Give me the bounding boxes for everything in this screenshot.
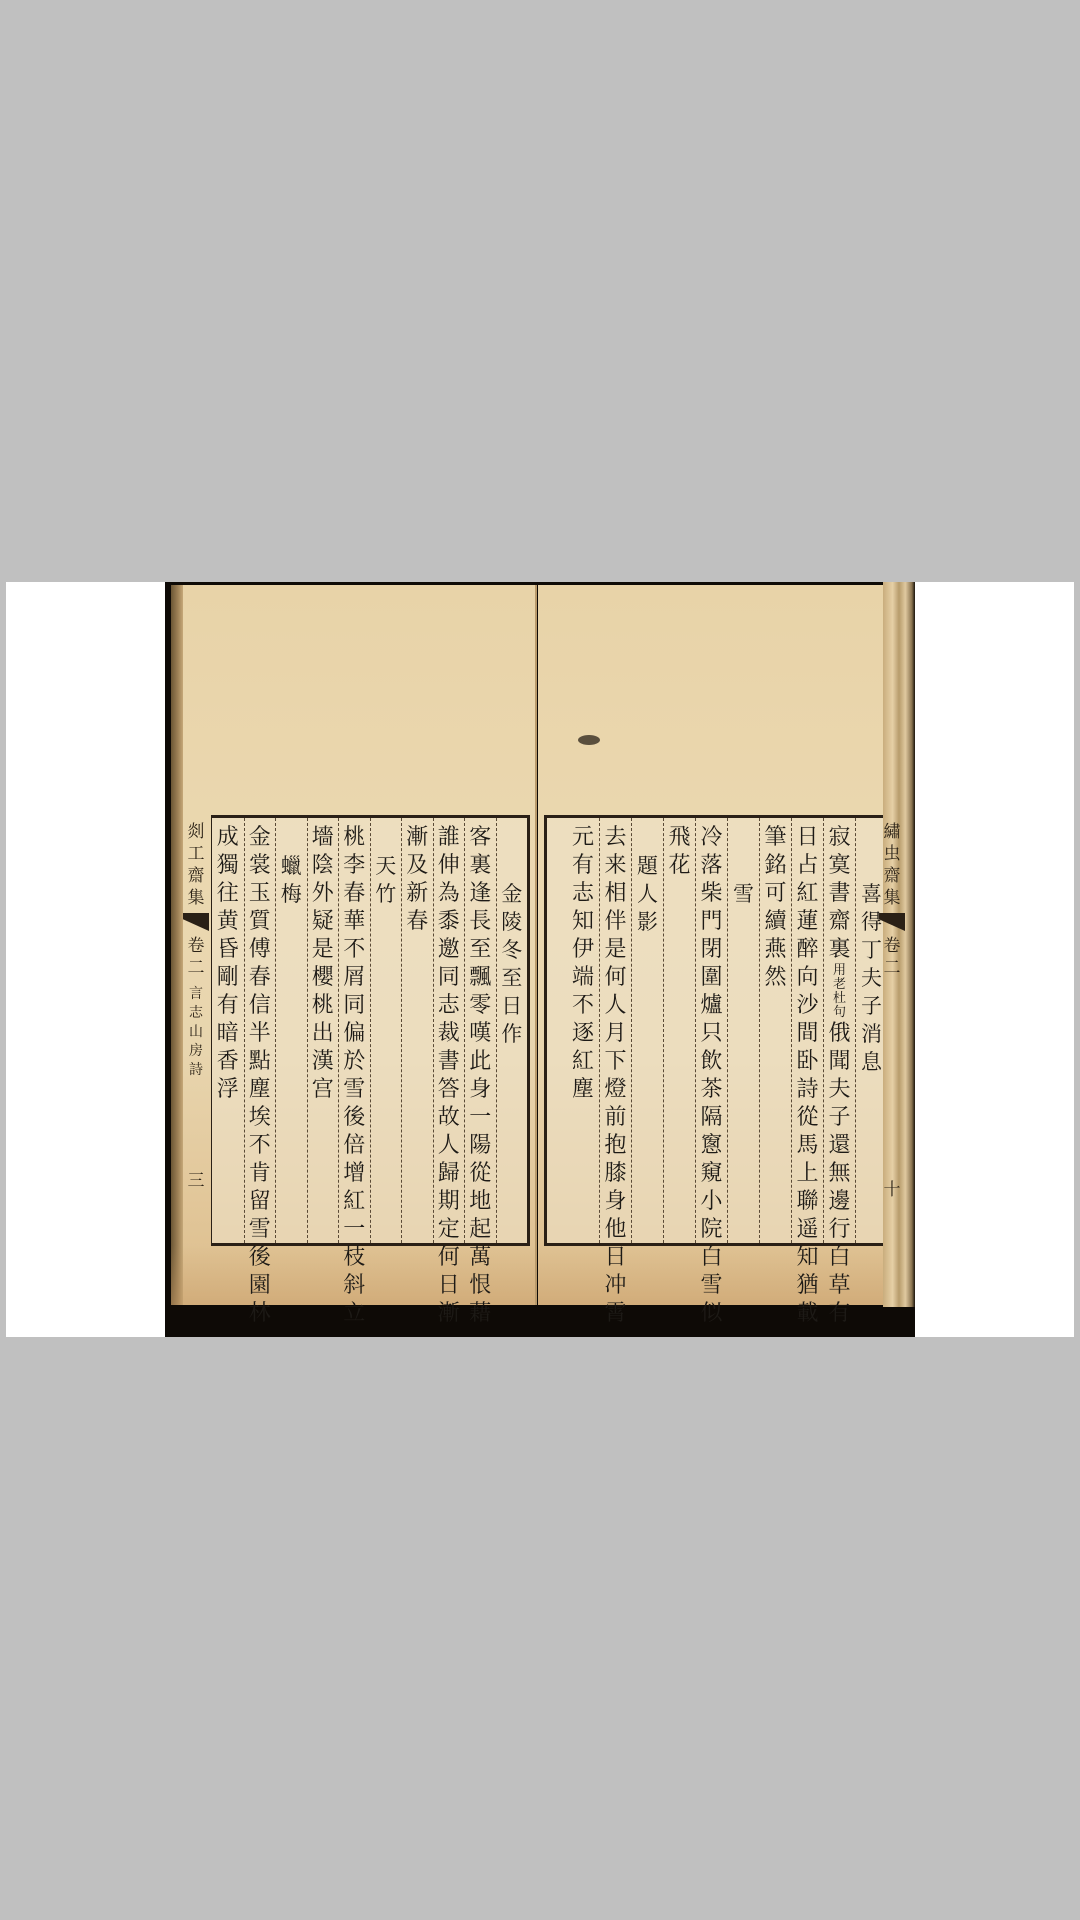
text-character: 有 — [828, 1300, 850, 1328]
text-column: 客裏逢長至飄零嘆此身一陽從地起萬恨藉 — [464, 818, 496, 1243]
text-character: 及 — [406, 852, 428, 880]
text-character: 載 — [796, 1300, 818, 1328]
text-character: 玉 — [249, 880, 271, 908]
text-character: 影 — [637, 908, 658, 936]
text-character: 題 — [637, 852, 658, 880]
text-character: 馬 — [796, 1132, 818, 1160]
text-character: 窻 — [700, 1132, 722, 1160]
right-margin-label: 繡虫齋集 卷二 十 — [877, 815, 907, 1240]
text-character: 霄 — [604, 1300, 626, 1328]
text-character: 下 — [604, 1048, 626, 1076]
text-character: 黍 — [438, 908, 460, 936]
text-character: 是 — [312, 936, 334, 964]
text-column: 飛花 — [663, 818, 695, 1243]
text-character: 雪 — [343, 1076, 365, 1104]
text-character: 至 — [469, 936, 491, 964]
text-character: 李 — [343, 852, 365, 880]
text-character: 埃 — [249, 1104, 271, 1132]
ink-blot — [578, 735, 600, 745]
fish-tail-mark-icon — [183, 913, 209, 931]
text-column: 誰伸為黍邀同志裁書答故人歸期定何日漸 — [433, 818, 465, 1243]
margin-character: 集 — [188, 887, 205, 909]
margin-character: 虫 — [884, 843, 901, 865]
text-character: 白 — [828, 1244, 850, 1272]
text-character: 蓮 — [796, 908, 818, 936]
text-character: 裳 — [249, 852, 271, 880]
text-character: 起 — [469, 1216, 491, 1244]
poem-title-column: 題人影 — [631, 818, 663, 1243]
text-column: 成獨往黄昏剛有暗香浮 — [212, 818, 243, 1243]
text-character: 然 — [764, 964, 786, 992]
text-column: 墻陰外疑是櫻桃出漢宫 — [307, 818, 339, 1243]
text-character: 茶 — [700, 1076, 722, 1104]
text-character: 歸 — [438, 1160, 460, 1188]
text-character: 有 — [217, 992, 239, 1020]
text-character: 春 — [406, 908, 428, 936]
text-character: 成 — [217, 824, 239, 852]
text-character: 燕 — [764, 936, 786, 964]
text-character: 書 — [438, 1048, 460, 1076]
text-character: 飄 — [469, 964, 491, 992]
text-character: 俄 — [828, 1020, 850, 1048]
text-character: 同 — [343, 992, 365, 1020]
text-character: 此 — [469, 1048, 491, 1076]
text-column: 桃李春華不屑同偏於雪後倍增紅一枝斜立 — [338, 818, 370, 1243]
margin-character: 繡 — [884, 821, 901, 843]
text-character: 似 — [700, 1300, 722, 1328]
text-character: 小 — [700, 1188, 722, 1216]
text-character: 答 — [438, 1076, 460, 1104]
text-column: 漸及新春 — [401, 818, 433, 1243]
text-character: 志 — [438, 992, 460, 1020]
text-character: 冲 — [604, 1272, 626, 1300]
left-margin-label: 剡工齋集 卷二 言志山房詩 三 — [181, 815, 211, 1240]
text-character: 紅 — [796, 880, 818, 908]
text-character: 疑 — [312, 908, 334, 936]
text-character: 志 — [572, 880, 594, 908]
text-character: 浮 — [217, 1076, 239, 1104]
text-character: 寂 — [828, 824, 850, 852]
text-character: 作 — [501, 1020, 522, 1048]
text-character: 前 — [604, 1104, 626, 1132]
text-character: 紅 — [572, 1048, 594, 1076]
text-character: 不 — [572, 992, 594, 1020]
text-character: 定 — [438, 1216, 460, 1244]
text-character: 相 — [604, 880, 626, 908]
text-column: 日占紅蓮醉向沙間卧詩從馬上聯遥知猶載 — [791, 818, 823, 1243]
text-character: 春 — [343, 880, 365, 908]
text-character: 桃 — [312, 992, 334, 1020]
text-character: 知 — [572, 908, 594, 936]
text-character: 裏 — [469, 852, 491, 880]
text-character: 伊 — [572, 936, 594, 964]
text-character: 至 — [501, 964, 522, 992]
text-character: 昏 — [217, 936, 239, 964]
text-character: 金 — [249, 824, 271, 852]
text-character: 點 — [249, 1048, 271, 1076]
text-character: 長 — [469, 908, 491, 936]
text-character: 還 — [828, 1132, 850, 1160]
text-character: 雪 — [700, 1272, 722, 1300]
text-character: 門 — [700, 908, 722, 936]
text-character: 暗 — [217, 1020, 239, 1048]
text-character: 春 — [249, 964, 271, 992]
margin-character: 志 — [189, 1004, 203, 1023]
text-character: 桃 — [343, 824, 365, 852]
text-character: 窺 — [700, 1160, 722, 1188]
margin-character: 詩 — [189, 1061, 203, 1080]
text-character: 醉 — [796, 936, 818, 964]
text-character: 飛 — [668, 824, 690, 852]
text-character: 落 — [700, 852, 722, 880]
margin-character: 二 — [884, 957, 901, 979]
text-character: 不 — [249, 1132, 271, 1160]
text-character: 藉 — [469, 1300, 491, 1328]
text-character: 恨 — [469, 1272, 491, 1300]
text-character: 草 — [828, 1272, 850, 1300]
left-page: 剡工齋集 卷二 言志山房詩 三 金陵冬至日作客裏逢長至飄零嘆此身一陽從地起萬恨藉… — [171, 585, 537, 1305]
annotation-character: 用 — [833, 964, 846, 978]
text-character: 出 — [312, 1020, 334, 1048]
text-character: 從 — [796, 1104, 818, 1132]
text-character: 信 — [249, 992, 271, 1020]
text-character: 紅 — [343, 1188, 365, 1216]
text-character: 聞 — [828, 1048, 850, 1076]
text-character: 外 — [312, 880, 334, 908]
text-character: 剛 — [217, 964, 239, 992]
text-character: 陽 — [469, 1132, 491, 1160]
text-character: 伴 — [604, 908, 626, 936]
text-character: 偏 — [343, 1020, 365, 1048]
text-character: 為 — [438, 880, 460, 908]
text-character: 沙 — [796, 992, 818, 1020]
text-character: 嘆 — [469, 1020, 491, 1048]
text-character: 白 — [700, 1244, 722, 1272]
margin-character: 剡 — [188, 821, 205, 843]
annotation-character: 老 — [833, 978, 846, 992]
text-character: 来 — [604, 852, 626, 880]
text-character: 新 — [406, 880, 428, 908]
poem-title-column: 蠟梅 — [275, 818, 307, 1243]
text-character: 同 — [438, 964, 460, 992]
text-character: 端 — [572, 964, 594, 992]
text-character: 人 — [438, 1132, 460, 1160]
margin-character: 卷 — [884, 935, 901, 957]
text-character: 上 — [796, 1160, 818, 1188]
text-character: 爐 — [700, 992, 722, 1020]
text-character: 逐 — [572, 1020, 594, 1048]
text-character: 齋 — [828, 908, 850, 936]
text-character: 他 — [604, 1216, 626, 1244]
text-character: 墻 — [312, 824, 334, 852]
text-character: 逢 — [469, 880, 491, 908]
text-character: 期 — [438, 1188, 460, 1216]
text-character: 一 — [469, 1104, 491, 1132]
left-text-frame: 金陵冬至日作客裏逢長至飄零嘆此身一陽從地起萬恨藉誰伸為黍邀同志裁書答故人歸期定何… — [211, 815, 530, 1246]
text-character: 日 — [604, 1244, 626, 1272]
text-column: 筆銘可續燕然 — [759, 818, 791, 1243]
poem-title-column: 天竹 — [370, 818, 402, 1243]
text-character: 柴 — [700, 880, 722, 908]
text-character: 客 — [469, 824, 491, 852]
page-number: 三 — [188, 1170, 205, 1192]
text-character: 漸 — [406, 824, 428, 852]
text-character: 天 — [375, 852, 396, 880]
text-character: 筆 — [764, 824, 786, 852]
text-character: 何 — [438, 1244, 460, 1272]
text-character: 林 — [249, 1300, 271, 1328]
text-character: 日 — [796, 824, 818, 852]
book-scan: 剡工齋集 卷二 言志山房詩 三 金陵冬至日作客裏逢長至飄零嘆此身一陽從地起萬恨藉… — [165, 582, 915, 1337]
text-character: 圍 — [700, 964, 722, 992]
text-character: 雪 — [249, 1216, 271, 1244]
text-character: 無 — [828, 1160, 850, 1188]
margin-character: 齋 — [884, 865, 901, 887]
right-page: 喜得丁夫子消息寂寞書齋裏用老杜句俄聞夫子還無邊行白草有日占紅蓮醉向沙間卧詩從馬上… — [538, 585, 883, 1305]
text-character: 人 — [637, 880, 658, 908]
text-character: 邊 — [828, 1188, 850, 1216]
text-character: 漢 — [312, 1048, 334, 1076]
text-character: 後 — [343, 1104, 365, 1132]
text-character: 留 — [249, 1188, 271, 1216]
text-character: 質 — [249, 908, 271, 936]
text-character: 立 — [343, 1300, 365, 1328]
text-character: 書 — [828, 880, 850, 908]
text-character: 塵 — [572, 1076, 594, 1104]
text-character: 寞 — [828, 852, 850, 880]
margin-character: 工 — [188, 843, 205, 865]
text-character: 冬 — [501, 936, 522, 964]
poem-title-column: 雪 — [727, 818, 759, 1243]
text-character: 邀 — [438, 936, 460, 964]
text-character: 櫻 — [312, 964, 334, 992]
text-character: 零 — [469, 992, 491, 1020]
right-text-frame: 喜得丁夫子消息寂寞書齋裏用老杜句俄聞夫子還無邊行白草有日占紅蓮醉向沙間卧詩從馬上… — [544, 815, 888, 1246]
text-character: 身 — [604, 1188, 626, 1216]
text-character: 園 — [249, 1272, 271, 1300]
text-character: 知 — [796, 1244, 818, 1272]
text-character: 雪 — [733, 880, 754, 908]
text-character: 萬 — [469, 1244, 491, 1272]
text-character: 倍 — [343, 1132, 365, 1160]
text-character: 屑 — [343, 964, 365, 992]
text-character: 銘 — [764, 852, 786, 880]
text-character: 冷 — [700, 824, 722, 852]
text-character: 香 — [217, 1048, 239, 1076]
text-character: 宫 — [312, 1076, 334, 1104]
text-column: 寂寞書齋裏用老杜句俄聞夫子還無邊行白草有 — [823, 818, 855, 1243]
text-character: 向 — [796, 964, 818, 992]
text-character: 可 — [764, 880, 786, 908]
text-character: 月 — [604, 1020, 626, 1048]
text-character: 一 — [343, 1216, 365, 1244]
text-character: 不 — [343, 936, 365, 964]
text-character: 膝 — [604, 1160, 626, 1188]
text-character: 漸 — [438, 1300, 460, 1328]
text-character: 有 — [572, 852, 594, 880]
text-character: 日 — [501, 992, 522, 1020]
annotation-character: 杜 — [833, 992, 846, 1006]
text-column: 金裳玉質傅春信半點塵埃不肯留雪後園林 — [244, 818, 276, 1243]
text-character: 身 — [469, 1076, 491, 1104]
margin-character: 卷 — [188, 935, 205, 957]
text-character: 於 — [343, 1048, 365, 1076]
text-character: 子 — [828, 1104, 850, 1132]
margin-character: 言 — [189, 985, 203, 1004]
text-character: 何 — [604, 964, 626, 992]
text-character: 詩 — [796, 1076, 818, 1104]
text-character: 斜 — [343, 1272, 365, 1300]
text-character: 故 — [438, 1104, 460, 1132]
text-character: 裏 — [828, 936, 850, 964]
margin-character: 齋 — [188, 865, 205, 887]
text-character: 裁 — [438, 1020, 460, 1048]
text-character: 人 — [604, 992, 626, 1020]
text-character: 黄 — [217, 908, 239, 936]
margin-character: 二 — [188, 957, 205, 979]
text-character: 往 — [217, 880, 239, 908]
text-character: 續 — [764, 908, 786, 936]
margin-character: 集 — [884, 887, 901, 909]
text-character: 梅 — [281, 880, 302, 908]
text-character: 只 — [700, 1020, 722, 1048]
text-character: 半 — [249, 1020, 271, 1048]
text-character: 竹 — [375, 880, 396, 908]
text-character: 肯 — [249, 1160, 271, 1188]
text-character: 伸 — [438, 852, 460, 880]
text-character: 去 — [604, 824, 626, 852]
text-character: 從 — [469, 1160, 491, 1188]
poem-title-column: 金陵冬至日作 — [496, 818, 528, 1243]
text-character: 猶 — [796, 1272, 818, 1300]
text-character: 日 — [438, 1272, 460, 1300]
text-character: 陰 — [312, 852, 334, 880]
text-character: 誰 — [438, 824, 460, 852]
text-character: 傅 — [249, 936, 271, 964]
text-character: 增 — [343, 1160, 365, 1188]
text-character: 獨 — [217, 852, 239, 880]
text-character: 蠟 — [281, 852, 302, 880]
text-character: 間 — [796, 1020, 818, 1048]
text-character: 燈 — [604, 1076, 626, 1104]
text-character: 夫 — [828, 1076, 850, 1104]
text-character: 遥 — [796, 1216, 818, 1244]
fish-tail-mark-icon — [879, 913, 905, 931]
text-character: 元 — [572, 824, 594, 852]
text-character: 抱 — [604, 1132, 626, 1160]
text-character: 地 — [469, 1188, 491, 1216]
text-character: 聯 — [796, 1188, 818, 1216]
text-character: 華 — [343, 908, 365, 936]
text-character: 後 — [249, 1244, 271, 1272]
annotation-character: 句 — [833, 1006, 846, 1020]
margin-character: 房 — [189, 1042, 203, 1061]
page-number: 十 — [884, 1179, 901, 1201]
text-character: 花 — [668, 852, 690, 880]
text-character: 院 — [700, 1216, 722, 1244]
text-character: 行 — [828, 1216, 850, 1244]
text-character: 飲 — [700, 1048, 722, 1076]
text-character: 卧 — [796, 1048, 818, 1076]
text-column: 冷落柴門閉圍爐只飲茶隔窻窺小院白雪似 — [695, 818, 727, 1243]
text-column: 去来相伴是何人月下燈前抱膝身他日冲霄 — [599, 818, 631, 1243]
text-character: 占 — [796, 852, 818, 880]
text-column: 元有志知伊端不逐紅塵 — [567, 818, 599, 1243]
text-character: 塵 — [249, 1076, 271, 1104]
text-character: 枝 — [343, 1244, 365, 1272]
text-character: 是 — [604, 936, 626, 964]
text-character: 閉 — [700, 936, 722, 964]
text-character: 陵 — [501, 908, 522, 936]
margin-character: 山 — [189, 1023, 203, 1042]
text-character: 隔 — [700, 1104, 722, 1132]
text-character: 金 — [501, 880, 522, 908]
